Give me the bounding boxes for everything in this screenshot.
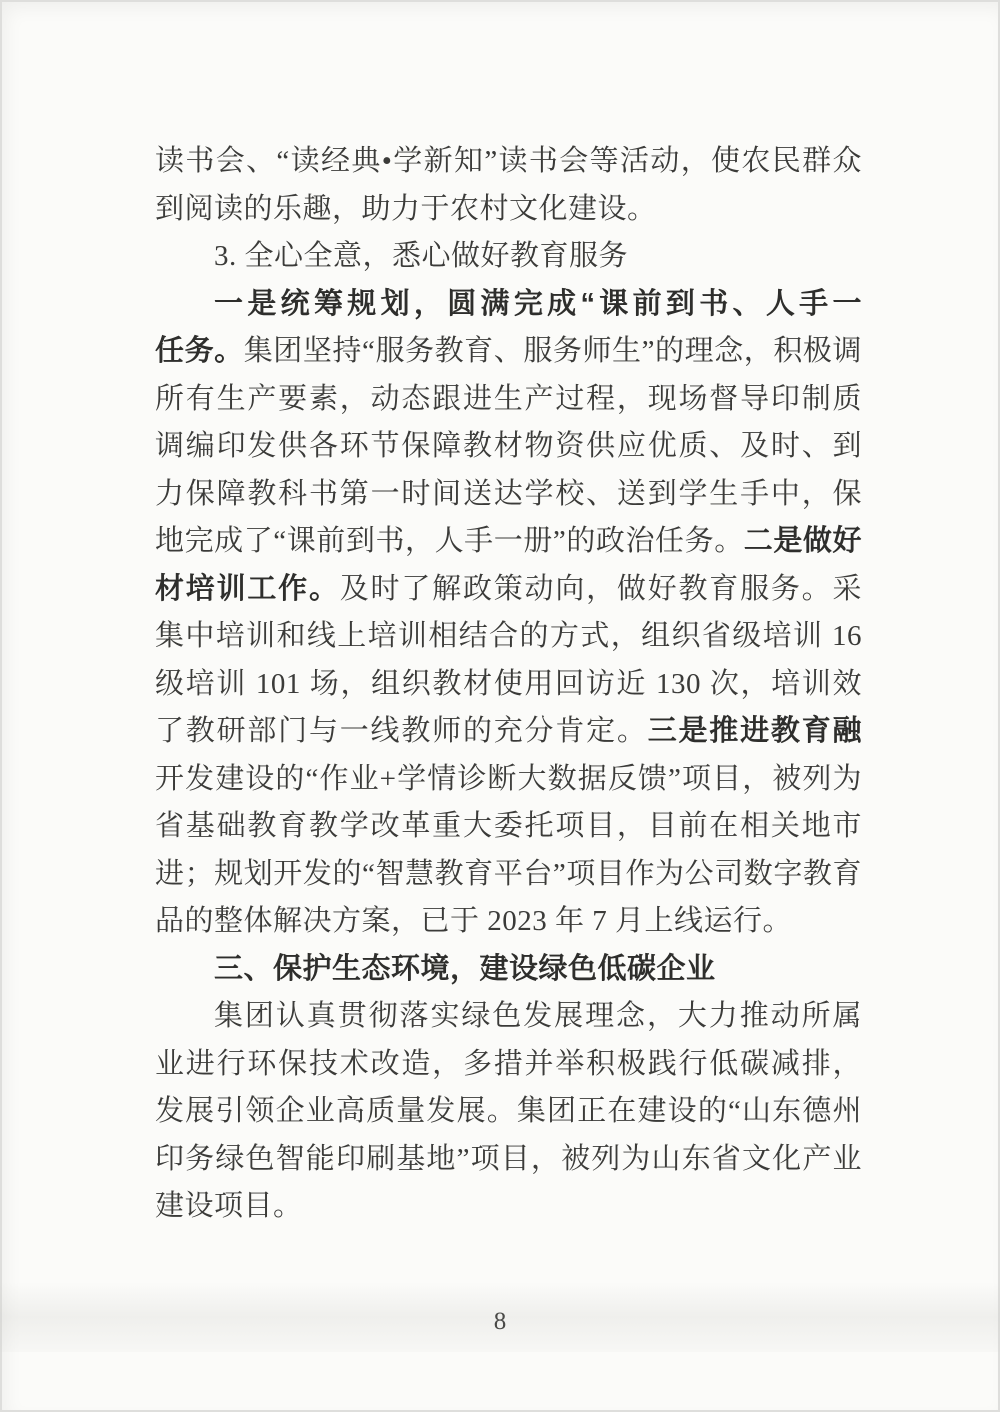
document-line: 建设项目。 — [155, 1183, 862, 1231]
document-line: 发展引领企业高质量发展。集团正在建设的“山东德州新华 — [155, 1088, 862, 1136]
text-segment: 集团坚持“服务教育、服务师生”的理念，积极调动 — [155, 335, 862, 376]
text-segment: 印务绿色智能印刷基地”项目，被列为山东省文化产业重点 — [155, 1143, 862, 1184]
document-line: 进；规划开发的“智慧教育平台”项目作为公司数字教育产 — [155, 851, 862, 899]
text-segment: 到阅读的乐趣，助力于农村文化建设。 — [155, 193, 657, 225]
emphasis-text-segment: 任务。 — [155, 335, 244, 367]
text-segment: 了教研部门与一线教师的充分肯定。 — [155, 715, 648, 747]
document-body: 读书会、“读经典•学新知”读书会等活动，使农民群众享受到阅读的乐趣，助力于农村文… — [155, 138, 862, 1231]
text-segment: 省基础教育教学改革重大委托项目，目前在相关地市稳步推 — [155, 810, 862, 851]
document-line: 印务绿色智能印刷基地”项目，被列为山东省文化产业重点 — [155, 1136, 862, 1184]
document-line: 了教研部门与一线教师的充分肯定。三是推进教育融合创新。 — [155, 708, 862, 756]
text-segment: 力保障教科书第一时间送达学校、送到学生手中，保质保量 — [155, 478, 862, 519]
text-segment: 所有生产要素，动态跟进生产过程，现场督导印制质量，协 — [155, 383, 862, 424]
document-line: 力保障教科书第一时间送达学校、送到学生手中，保质保量 — [155, 471, 862, 519]
document-line: 到阅读的乐趣，助力于农村文化建设。 — [155, 186, 862, 234]
document-line: 调编印发供各环节保障教材物资供应优质、及时、到位，全 — [155, 423, 862, 471]
emphasis-text-segment: 三、保护生态环境，建设绿色低碳企业 — [214, 953, 716, 985]
document-line: 品的整体解决方案，已于 2023 年 7 月上线运行。 — [155, 898, 862, 946]
text-segment: 调编印发供各环节保障教材物资供应优质、及时、到位，全 — [155, 430, 862, 471]
document-line: 一是统筹规划，圆满完成“课前到书、人手一册”政治 — [155, 281, 862, 329]
text-segment: 3. 全心全意，悉心做好教育服务 — [214, 240, 628, 272]
text-segment: 发展引领企业高质量发展。集团正在建设的“山东德州新华 — [155, 1095, 862, 1136]
text-segment: 进；规划开发的“智慧教育平台”项目作为公司数字教育产 — [155, 858, 862, 899]
document-line: 省基础教育教学改革重大委托项目，目前在相关地市稳步推 — [155, 803, 862, 851]
document-line: 集团认真贯彻落实绿色发展理念，大力推动所属印刷企 — [155, 993, 862, 1041]
document-page: 读书会、“读经典•学新知”读书会等活动，使农民群众享受到阅读的乐趣，助力于农村文… — [0, 0, 1000, 1412]
emphasis-text-segment: 材培训工作。 — [155, 573, 340, 605]
document-line: 集中培训和线上培训相结合的方式，组织省级培训 16 场、市 — [155, 613, 862, 661]
document-line: 材培训工作。及时了解政策动向，做好教育服务。采取现场 — [155, 566, 862, 614]
document-line: 地完成了“课前到书，人手一册”的政治任务。二是做好教 — [155, 518, 862, 566]
text-segment: 业进行环保技术改造，多措并举积极践行低碳减排，以绿色 — [155, 1048, 862, 1089]
document-line: 3. 全心全意，悉心做好教育服务 — [155, 233, 862, 281]
section-heading: 三、保护生态环境，建设绿色低碳企业 — [155, 946, 862, 994]
document-line: 所有生产要素，动态跟进生产过程，现场督导印制质量，协 — [155, 376, 862, 424]
emphasis-text-segment: 一是统筹规划，圆满完成“课前到书、人手一册”政治 — [155, 288, 862, 329]
text-segment: 级培训 101 场，组织教材使用回访近 130 次，培训效果得到 — [155, 668, 862, 709]
text-segment: 集中培训和线上培训相结合的方式，组织省级培训 16 场、市 — [155, 620, 862, 661]
text-segment: 品的整体解决方案，已于 2023 年 7 月上线运行。 — [155, 905, 792, 937]
text-segment: 读书会、“读经典•学新知”读书会等活动，使农民群众享受 — [155, 145, 862, 186]
page-number: 8 — [0, 1302, 1000, 1342]
document-line: 业进行环保技术改造，多措并举积极践行低碳减排，以绿色 — [155, 1041, 862, 1089]
document-line: 级培训 101 场，组织教材使用回访近 130 次，培训效果得到 — [155, 661, 862, 709]
text-segment: 建设项目。 — [155, 1190, 303, 1222]
text-segment: 开发建设的“作业+学情诊断大数据反馈”项目，被列为山东 — [155, 763, 862, 804]
text-segment: 地完成了“课前到书，人手一册”的政治任务。 — [155, 525, 744, 557]
document-line: 任务。集团坚持“服务教育、服务师生”的理念，积极调动 — [155, 328, 862, 376]
document-line: 开发建设的“作业+学情诊断大数据反馈”项目，被列为山东 — [155, 756, 862, 804]
document-line: 读书会、“读经典•学新知”读书会等活动，使农民群众享受 — [155, 138, 862, 186]
text-segment: 集团认真贯彻落实绿色发展理念，大力推动所属印刷企 — [155, 1000, 862, 1041]
